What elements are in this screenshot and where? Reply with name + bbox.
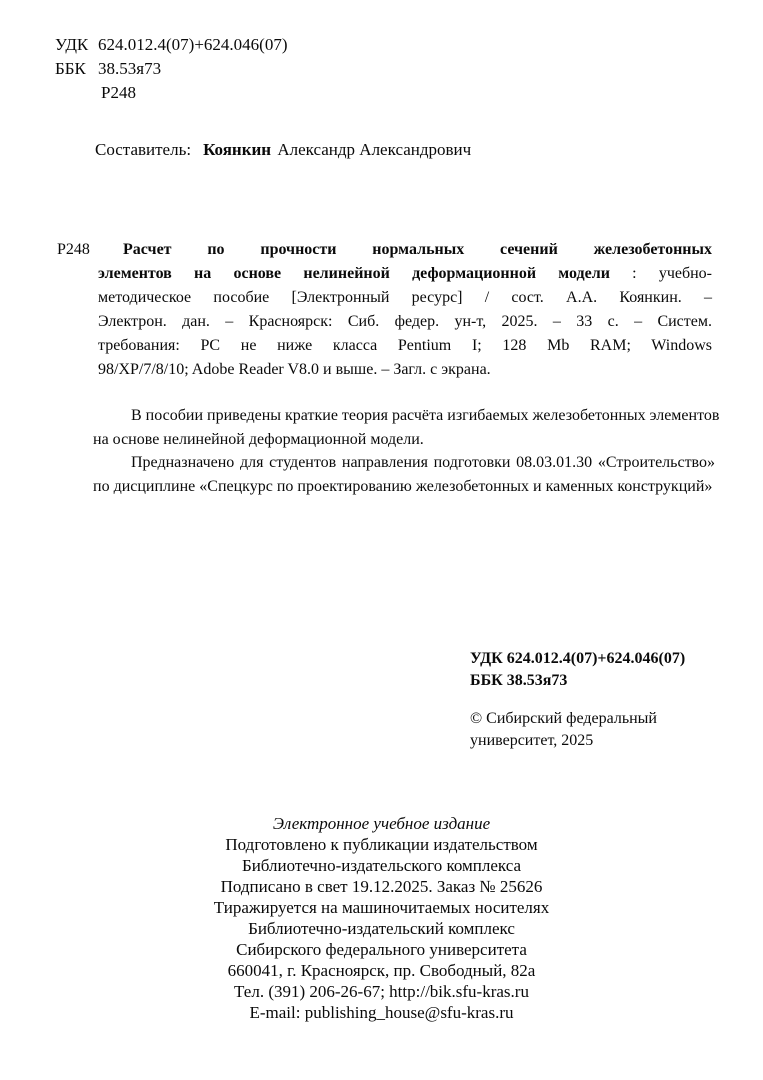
imprint-line: Библиотечно-издательский комплекс <box>0 918 763 939</box>
abstract-block: В пособии приведены краткие теория расчё… <box>93 404 715 498</box>
imprint-line: Подготовлено к публикации издательством <box>0 834 763 855</box>
copyright-notice: © Сибирский федеральный университет, 202… <box>470 708 690 752</box>
annotation-text: Расчет по прочности нормальных сечений ж… <box>98 238 712 382</box>
author-sign-header: Р248 <box>55 81 287 105</box>
udk-label: УДК <box>55 33 98 57</box>
edition-type-line: Электронное учебное издание <box>0 813 763 834</box>
imprint-line: Тиражируется на машиночитаемых носителях <box>0 897 763 918</box>
bbk-row: ББК 38.53я73 <box>55 57 287 81</box>
annotation-line-1: Расчет по прочности нормальных сечений ж… <box>98 238 712 262</box>
imprint-line: 660041, г. Красноярск, пр. Свободный, 82… <box>0 960 763 981</box>
compiler-line: Составитель:Коянкин Александр Александро… <box>95 140 471 160</box>
imprint-line: Библиотечно-издательского комплекса <box>0 855 763 876</box>
annotation-line-6: 98/XP/7/8/10; Adobe Reader V8.0 и выше. … <box>98 358 712 382</box>
abstract-p1-line-2: на основе нелинейной деформационной моде… <box>93 428 715 452</box>
abstract-p1-line-1: В пособии приведены краткие теория расчё… <box>93 404 715 428</box>
annotation-title-part-1: Расчет по прочности нормальных сечений ж… <box>123 241 712 258</box>
document-page: УДК 624.012.4(07)+624.046(07) ББК 38.53я… <box>0 0 763 1080</box>
annotation-author-sign: Р248 <box>57 238 90 262</box>
codes-copyright-block: УДК 624.012.4(07)+624.046(07) ББК 38.53я… <box>470 648 690 752</box>
compiler-label: Составитель: <box>95 140 191 159</box>
annotation-title-part-2: элементов на основе нелинейной деформаци… <box>98 265 610 282</box>
udk-bbk-header: УДК 624.012.4(07)+624.046(07) ББК 38.53я… <box>55 33 287 105</box>
bbk-value: 38.53я73 <box>98 57 161 81</box>
imprint-line: Подписано в свет 19.12.2025. Заказ № 256… <box>0 876 763 897</box>
bbk-code-bold: ББК 38.53я73 <box>470 670 690 692</box>
imprint-line: Сибирского федерального университета <box>0 939 763 960</box>
udk-row: УДК 624.012.4(07)+624.046(07) <box>55 33 287 57</box>
compiler-surname: Коянкин <box>203 140 271 159</box>
annotation-line-2: элементов на основе нелинейной деформаци… <box>98 262 712 286</box>
imprint-line: Тел. (391) 206-26-67; http://bik.sfu-kra… <box>0 981 763 1002</box>
udk-code-bold: УДК 624.012.4(07)+624.046(07) <box>470 648 690 670</box>
imprint-line: E-mail: publishing_house@sfu-kras.ru <box>0 1002 763 1023</box>
bbk-label: ББК <box>55 57 98 81</box>
annotation-subtitle-start: : учебно- <box>610 265 712 282</box>
annotation-line-5: требования: PC не ниже класса Pentium I;… <box>98 334 712 358</box>
annotation-line-3: методическое пособие [Электронный ресурс… <box>98 286 712 310</box>
catalog-annotation: Р248 Расчет по прочности нормальных сече… <box>57 238 712 382</box>
imprint-block: Электронное учебное издание Подготовлено… <box>0 813 763 1023</box>
abstract-p2-line-2: по дисциплине «Спецкурс по проектировани… <box>93 475 715 499</box>
compiler-given-names: Александр Александрович <box>277 140 471 159</box>
abstract-p2-line-1: Предназначено для студентов направления … <box>93 451 715 475</box>
annotation-line-4: Электрон. дан. – Красноярск: Сиб. федер.… <box>98 310 712 334</box>
udk-value: 624.012.4(07)+624.046(07) <box>98 33 287 57</box>
